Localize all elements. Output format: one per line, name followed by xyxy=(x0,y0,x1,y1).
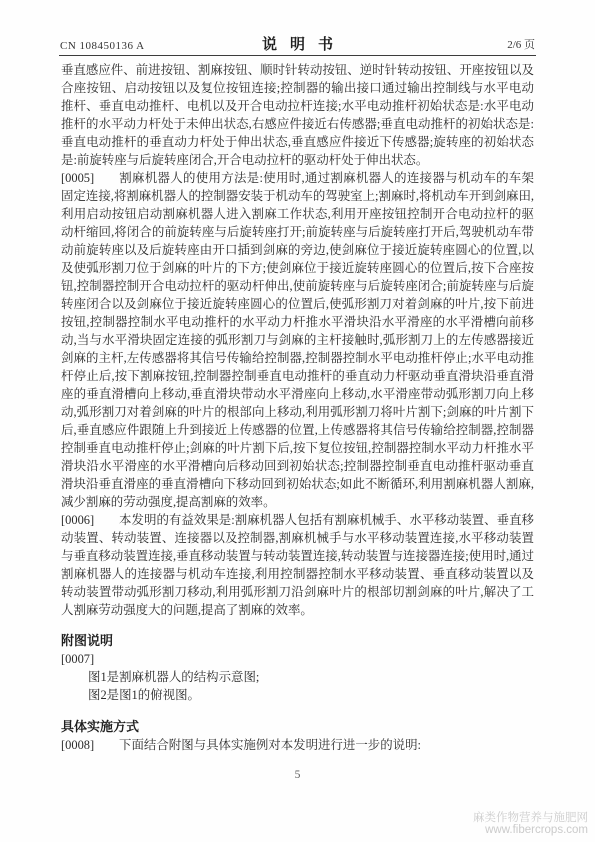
paragraph-0008: [0008]下面结合附图与具体实施例对本发明进行进一步的说明: xyxy=(61,736,534,754)
page-indicator: 2/6 页 xyxy=(507,36,535,52)
paragraph-number: [0005] xyxy=(61,169,119,187)
watermark-site-name: 麻类作物营养与施肥网 xyxy=(473,812,588,824)
figures-section-heading: 附图说明 xyxy=(61,632,534,650)
figure-1-description: 图1是割麻机器人的结构示意图; xyxy=(61,668,534,686)
paragraph-text: 本发明的有益效果是:割麻机器人包括有割麻机械手、水平移动装置、垂直移动装置、转动… xyxy=(61,513,534,617)
paragraph-number: [0008] xyxy=(61,736,119,754)
paragraph-number: [0006] xyxy=(61,511,119,529)
figure-2-description: 图2是图1的俯视图。 xyxy=(61,686,534,704)
paragraph-text: 割麻机器人的使用方法是:使用时,通过割麻机器人的连接器与机动车的车架固定连接,将… xyxy=(61,171,534,509)
paragraph-text: 下面结合附图与具体实施例对本发明进行进一步的说明: xyxy=(119,738,421,752)
patent-specification-page: CN 108450136 A 说明书 2/6 页 垂直感应件、前进按钮、割麻按钮… xyxy=(0,0,595,842)
paragraph-0006: [0006]本发明的有益效果是:割麻机器人包括有割麻机械手、水平移动装置、垂直移… xyxy=(61,511,534,619)
header-divider xyxy=(59,55,536,56)
embodiment-section-heading: 具体实施方式 xyxy=(61,718,534,736)
paragraph-0004-continuation: 垂直感应件、前进按钮、割麻按钮、顺时针转动按钮、逆时针转动按钮、开座按钮以及合座… xyxy=(61,61,534,169)
document-title: 说明书 xyxy=(249,33,346,54)
page-number: 5 xyxy=(0,769,595,781)
paragraph-0007-number: [0007] xyxy=(61,650,534,668)
page-header: CN 108450136 A 说明书 2/6 页 xyxy=(60,30,535,54)
paragraph-0005: [0005]割麻机器人的使用方法是:使用时,通过割麻机器人的连接器与机动车的车架… xyxy=(61,169,534,511)
watermark-site-url: www.fibercrops.com xyxy=(473,824,588,836)
body-text-block: 垂直感应件、前进按钮、割麻按钮、顺时针转动按钮、逆时针转动按钮、开座按钮以及合座… xyxy=(61,61,534,754)
watermark: 麻类作物营养与施肥网 www.fibercrops.com xyxy=(473,812,588,836)
publication-number: CN 108450136 A xyxy=(60,40,145,52)
